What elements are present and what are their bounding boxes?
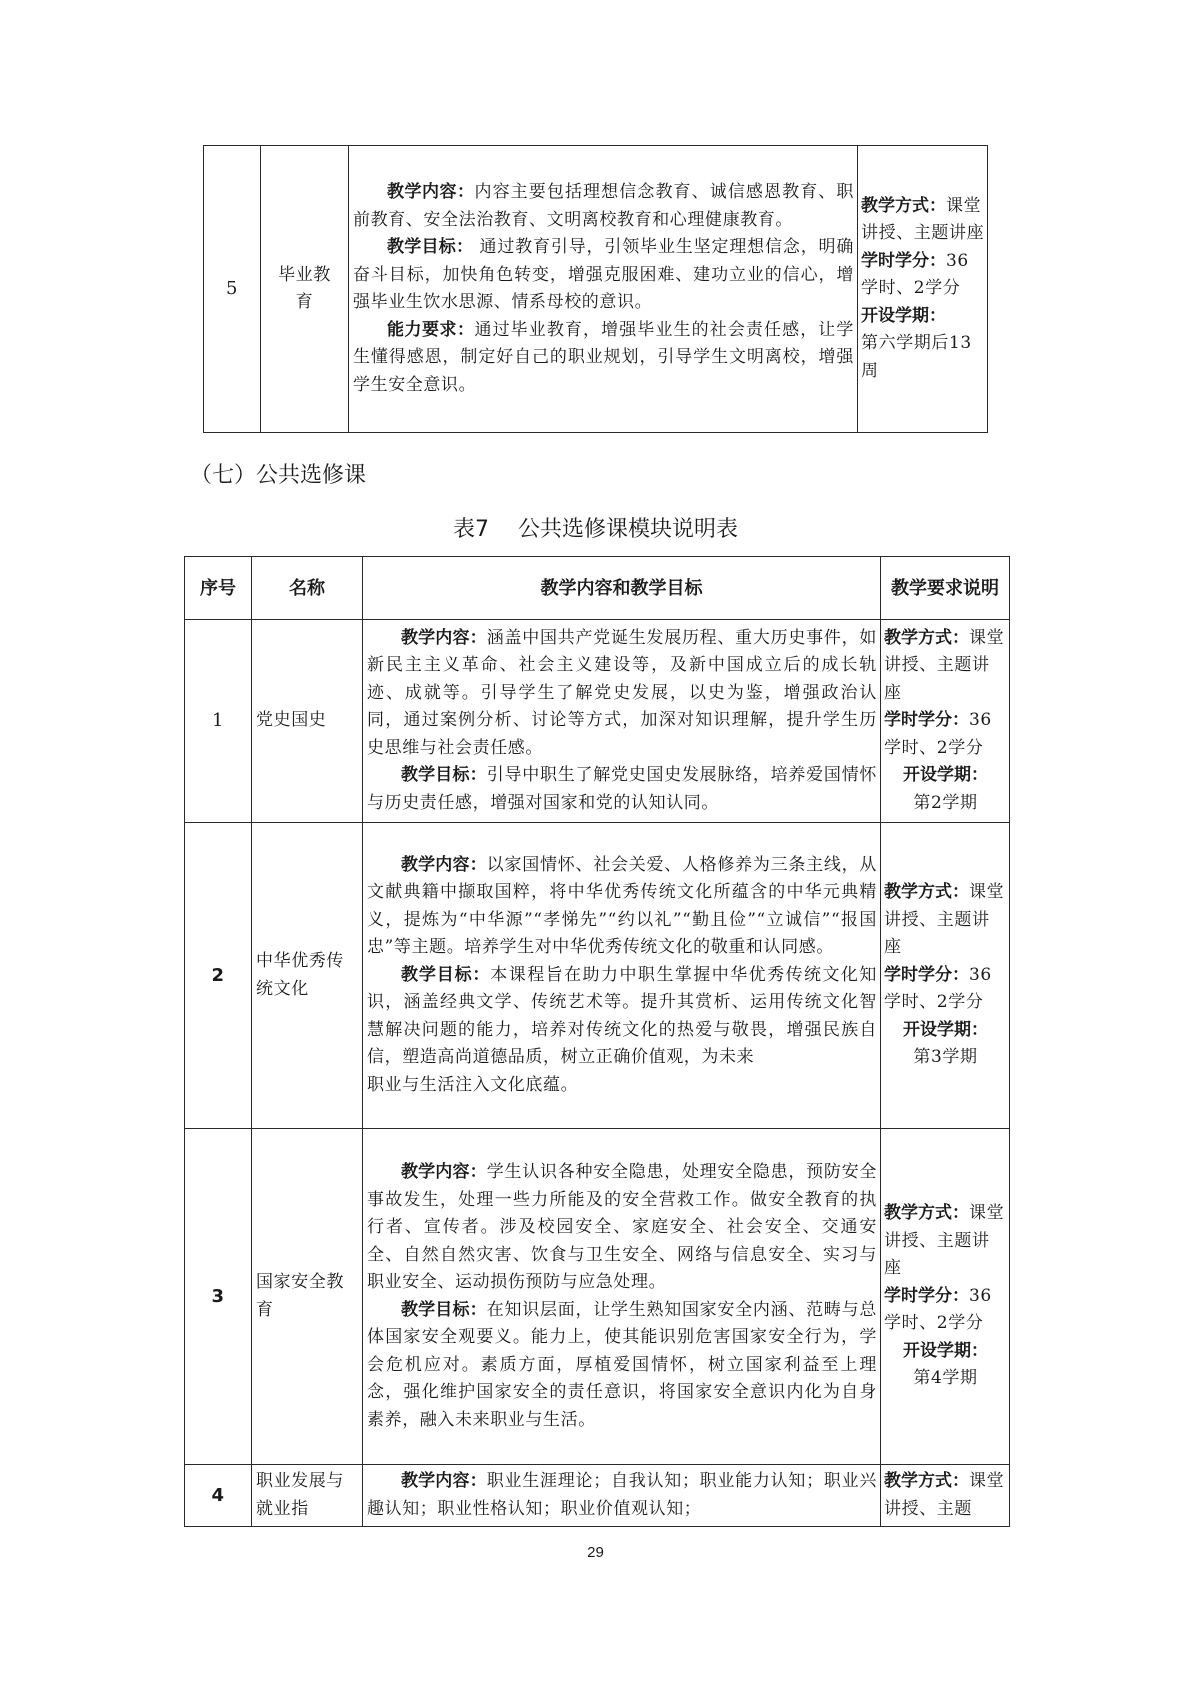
header-requirements: 教学要求说明 (881, 557, 1010, 620)
content-cell: 教学内容：以家国情怀、社会关爱、人格修养为三条主线，从文献典籍中撷取国粹，将中华… (363, 823, 881, 1129)
ability-paragraph: 能力要求：通过毕业教育，增强毕业生的社会责任感，让学生懂得感恩，制定好自己的职业… (353, 317, 854, 400)
requirements-cell: 教学方式：课堂讲授、主题讲座 学时学分：36学时、2学分 开设学期： 第2学期 (881, 620, 1010, 823)
requirements-cell: 教学方式：课堂讲授、主题讲座 学时学分：36学时、2学分 开设学期： 第4学期 (881, 1129, 1010, 1465)
goal-paragraph: 教学目标：引导中职生了解党史国史发展脉络，培养爱国情怀与历史责任感，增强对国家和… (367, 762, 877, 817)
content-cell: 教学内容：学生认识各种安全隐患，处理安全隐患，预防安全事故发生，处理一些力所能及… (363, 1129, 881, 1465)
goal-paragraph: 教学目标：本课程旨在助力中职生掌握中华优秀传统文化知识，涵盖经典文学、传统艺术等… (367, 962, 877, 1072)
row-name: 职业发展与就业指 (252, 1465, 363, 1527)
content-cell: 教学内容：涵盖中国共产党诞生发展历程、重大历史事件，如新民主主义革命、社会主义建… (363, 620, 881, 823)
table6-continuation: 5 毕业教 育 教学内容：内容主要包括理想信念教育、诚信感恩教育、职前教育、安全… (203, 145, 988, 433)
goal-paragraph: 教学目标： 通过教育引导，引领毕业生坚定理想信念，明确奋斗目标，加快角色转变，增… (353, 234, 854, 317)
table-header-row: 序号 名称 教学内容和教学目标 教学要求说明 (185, 557, 1010, 620)
row-name: 中华优秀传统文化 (252, 823, 363, 1129)
row-name: 党史国史 (252, 620, 363, 823)
row-index: 3 (185, 1129, 252, 1465)
row-index: 4 (185, 1465, 252, 1527)
requirements-cell: 教学方式：课堂讲授、主题讲座 学时学分：36学时、2学分 开设学期： 第3学期 (881, 823, 1010, 1129)
row-name: 国家安全教育 (252, 1129, 363, 1465)
row-name-line1: 毕业教 (278, 265, 331, 285)
header-content: 教学内容和教学目标 (363, 557, 881, 620)
section-heading: （七）公共选修课 (190, 458, 366, 489)
content-cell: 教学内容：职业生涯理论；自我认知；职业能力认知；职业兴趣认知；职业性格认知；职业… (363, 1465, 881, 1527)
content-paragraph: 教学内容：涵盖中国共产党诞生发展历程、重大历史事件，如新民主主义革命、社会主义建… (367, 625, 877, 763)
table-row: 1 党史国史 教学内容：涵盖中国共产党诞生发展历程、重大历史事件，如新民主主义革… (185, 620, 1010, 823)
header-name: 名称 (252, 557, 363, 620)
row-index: 2 (185, 823, 252, 1129)
table-caption: 表7 公共选修课模块说明表 (0, 512, 1191, 543)
table-row: 5 毕业教 育 教学内容：内容主要包括理想信念教育、诚信感恩教育、职前教育、安全… (204, 146, 988, 433)
row-name-line2: 育 (296, 292, 314, 312)
content-paragraph: 教学内容：内容主要包括理想信念教育、诚信感恩教育、职前教育、安全法治教育、文明离… (353, 179, 854, 234)
content-paragraph: 教学内容：职业生涯理论；自我认知；职业能力认知；职业兴趣认知；职业性格认知；职业… (367, 1468, 877, 1523)
content-cell: 教学内容：内容主要包括理想信念教育、诚信感恩教育、职前教育、安全法治教育、文明离… (349, 146, 858, 433)
row-index: 1 (185, 620, 252, 823)
row-index: 5 (204, 146, 261, 433)
goal-paragraph-cont: 职业与生活注入文化底蕴。 (367, 1072, 877, 1100)
content-paragraph: 教学内容：学生认识各种安全隐患，处理安全隐患，预防安全事故发生，处理一些力所能及… (367, 1159, 877, 1297)
header-index: 序号 (185, 557, 252, 620)
row-name: 毕业教 育 (261, 146, 349, 433)
goal-paragraph: 教学目标：在知识层面，让学生熟知国家安全内涵、范畴与总体国家安全观要义。能力上，… (367, 1297, 877, 1435)
requirements-cell: 教学方式：课堂讲授、主题讲座 学时学分：36学时、2学分 开设学期： 第六学期后… (858, 146, 988, 433)
requirements-cell: 教学方式：课堂讲授、主题 (881, 1465, 1010, 1527)
page-number: 29 (0, 1544, 1191, 1561)
table-row: 2 中华优秀传统文化 教学内容：以家国情怀、社会关爱、人格修养为三条主线，从文献… (185, 823, 1010, 1129)
table-row: 4 职业发展与就业指 教学内容：职业生涯理论；自我认知；职业能力认知；职业兴趣认… (185, 1465, 1010, 1527)
table7: 序号 名称 教学内容和教学目标 教学要求说明 1 党史国史 教学内容：涵盖中国共… (184, 556, 1010, 1527)
content-paragraph: 教学内容：以家国情怀、社会关爱、人格修养为三条主线，从文献典籍中撷取国粹，将中华… (367, 852, 877, 962)
table-row: 3 国家安全教育 教学内容：学生认识各种安全隐患，处理安全隐患，预防安全事故发生… (185, 1129, 1010, 1465)
